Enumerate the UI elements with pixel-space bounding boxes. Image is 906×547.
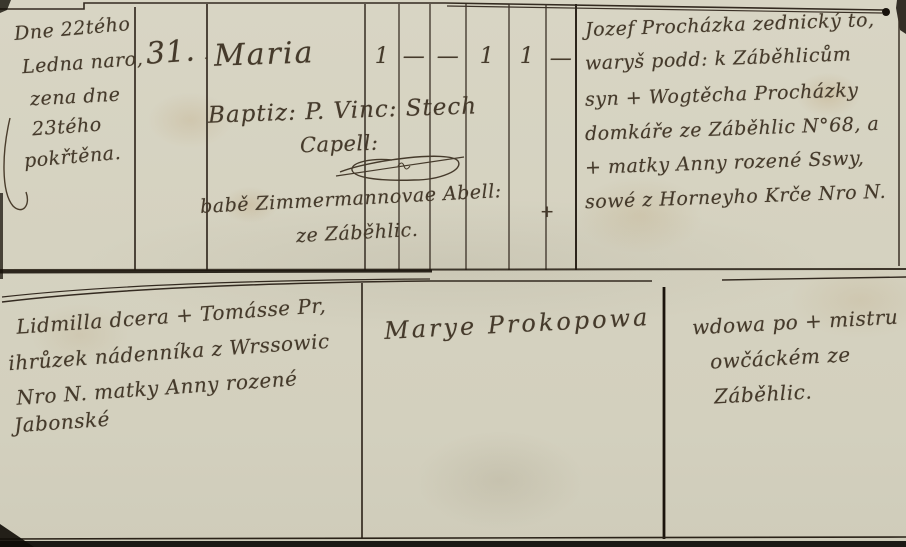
scan-seam-line	[0, 269, 906, 270]
midwife-line: ze Záběhlic.	[296, 221, 419, 246]
page-edge-top-left	[0, 0, 11, 13]
page-edge-bottom	[0, 541, 906, 547]
bottom-border-line	[0, 537, 906, 539]
father-line: syn + Wogtěcha Procházky	[585, 81, 859, 110]
tally-cell: —	[397, 46, 431, 68]
date-line: Dne 22tého	[13, 15, 131, 44]
father-line: waryš podd: k Záběhlicům	[585, 45, 852, 73]
signature-paraph-initials	[398, 163, 410, 169]
godparent-note-line: owčáckém ze	[710, 344, 851, 371]
father-line: domkáře ze Záběhlic N°68, a	[585, 115, 880, 144]
signature-paraph	[340, 156, 459, 180]
ink-blot	[882, 8, 890, 16]
ink-dot: ·	[204, 52, 209, 66]
father-line: + matky Anny rozené Sswy,	[585, 149, 865, 178]
father-line: sowé z Horneyho Krče Nro N.	[585, 183, 887, 212]
father-line: Jozef Procházka zednický to,	[585, 11, 875, 40]
page-edge-bottom-left	[0, 524, 34, 547]
tally-cell: 1	[470, 46, 504, 68]
godparent-name: Marye Prokopowa	[384, 305, 651, 343]
page-edge-left	[0, 193, 3, 279]
top-border-line	[0, 3, 445, 9]
tally-cell: 1	[510, 46, 544, 68]
register-scan-sheet: Dne 22tého Ledna naro, zena dne 23tého p…	[0, 0, 906, 547]
midwife-line: babě Zimmermannovae Abell:	[200, 182, 502, 217]
plus-mark: +	[540, 204, 555, 221]
date-line: 23tého	[31, 116, 102, 140]
signature-paraph-stroke	[336, 157, 464, 176]
bottom-strip-top-border	[2, 281, 652, 302]
date-line: pokřtěna.	[23, 144, 121, 171]
mother-line: Nro N. matky Anny rozené	[16, 368, 298, 408]
entry-number: 31.	[145, 36, 196, 69]
godparent-note-line: Záběhlic.	[714, 381, 813, 406]
child-name: Maria	[214, 38, 315, 71]
tally-cell: 1	[365, 46, 399, 68]
bottom-strip-top-border-double	[2, 279, 430, 297]
baptizer-line: Baptiz: P. Vinc: Stech	[208, 95, 478, 127]
mother-line: Jabonské	[13, 409, 110, 436]
baptizer-line: Capell:	[300, 133, 379, 157]
page-edge-top-right	[896, 0, 906, 34]
date-line: zena dne	[30, 86, 121, 110]
top-border-rule-upper	[445, 3, 884, 10]
bottom-strip-top-border-right	[722, 277, 906, 280]
mother-line: Lidmilla dcera + Tomásse Pr,	[16, 295, 327, 337]
tally-cell: —	[544, 48, 578, 70]
scan-seam-dark-left	[0, 271, 432, 272]
tally-cell: —	[431, 46, 465, 68]
date-line: Ledna naro,	[21, 50, 143, 77]
godparent-note-line: wdowa po + mistru	[692, 307, 899, 338]
